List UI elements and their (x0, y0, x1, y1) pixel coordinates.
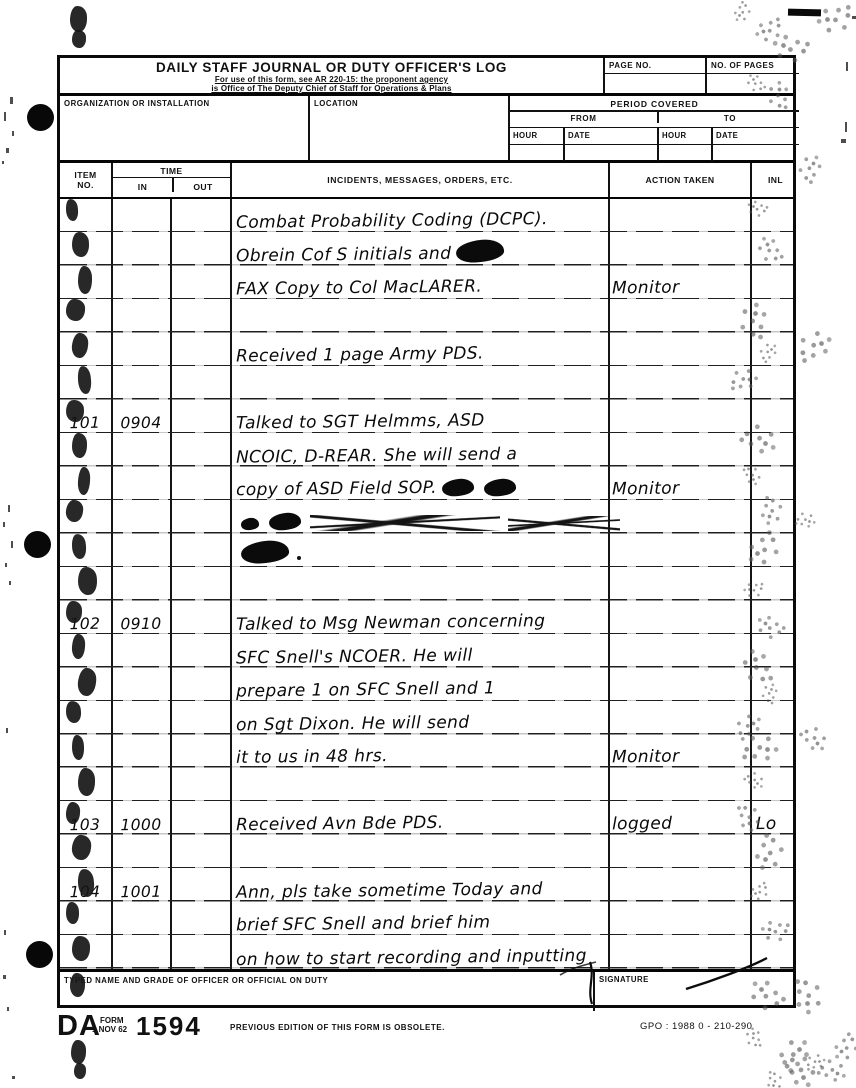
incident-text: Ann, pls take sometime Today and (236, 881, 543, 901)
form-frame: DAILY STAFF JOURNAL OR DUTY OFFICER'S LO… (57, 55, 796, 1008)
to-hour-label: HOUR (657, 128, 711, 144)
journal-body: Combat Probability Coding (DCPC). Obrein… (60, 199, 793, 969)
scanned-da-form-1594: DAILY STAFF JOURNAL OR DUTY OFFICER'S LO… (0, 0, 856, 1088)
journal-row: FAX Copy to Col MacLARER. Monitor (60, 266, 793, 299)
scan-noise (845, 122, 847, 132)
scan-noise (852, 16, 856, 19)
journal-row: 102 0910 Talked to Msg Newman concerning (60, 601, 793, 634)
scan-noise (841, 139, 846, 143)
form-date: 1 NOV 62 (92, 1025, 127, 1034)
from-to-row: FROM TO (510, 112, 799, 128)
incident-text: prepare 1 on SFC Snell and 1 (236, 680, 495, 700)
location-cell: LOCATION (308, 96, 508, 160)
scan-noise (2, 161, 4, 164)
scribble-mark (297, 556, 301, 560)
scan-noise (815, 741, 820, 746)
scan-noise (818, 1060, 822, 1064)
period-empty-cells (510, 145, 799, 161)
scan-noise (818, 340, 825, 347)
scan-noise (6, 728, 8, 733)
incident-text: Talked to Msg Newman concerning (236, 613, 545, 633)
incident-text (236, 513, 624, 533)
scribble-mark (241, 517, 260, 531)
previous-edition-note: PREVIOUS EDITION OF THIS FORM IS OBSOLET… (230, 1023, 445, 1032)
scan-noise (12, 1076, 15, 1079)
journal-row: SFC Snell's NCOER. He will (60, 634, 793, 667)
incident-text: on how to start recording and inputting (236, 948, 587, 968)
action-taken-value: Monitor (612, 747, 680, 768)
initials-value: Lo (756, 814, 777, 834)
incident-text: brief SFC Snell and brief him (236, 914, 490, 934)
scan-noise (65, 399, 84, 422)
time-in-value: 0910 (114, 615, 168, 634)
page-no-label: PAGE NO. (605, 58, 705, 74)
form-number: 1594 (136, 1011, 202, 1042)
from-date-label: DATE (563, 128, 657, 144)
scribble-mark (310, 515, 500, 531)
org-location-band: ORGANIZATION OR INSTALLATION LOCATION PE… (60, 96, 793, 163)
time-in-value: 1000 (114, 816, 168, 835)
certification-band: TYPED NAME AND GRADE OF OFFICER OR OFFIC… (60, 969, 793, 1011)
scan-noise (6, 148, 9, 153)
scan-noise (3, 975, 6, 979)
incident-text: NCOIC, D-REAR. She will send a (236, 446, 517, 466)
item-no-value (62, 968, 108, 969)
scribble-mark (268, 511, 301, 531)
scan-noise (72, 433, 87, 458)
incident-text: FAX Copy to Col MacLARER. (236, 278, 482, 298)
incident-text: Received Avn Bde PDS. (236, 814, 444, 834)
scan-noise (772, 1084, 775, 1087)
scan-noise (78, 266, 92, 294)
from-hour-label: HOUR (510, 128, 563, 144)
journal-row (60, 768, 793, 801)
scan-noise (797, 1047, 803, 1053)
incident-text: SFC Snell's NCOER. He will (236, 647, 473, 667)
scribble-mark (456, 238, 506, 264)
incidents-header: INCIDENTS, MESSAGES, ORDERS, ETC. (230, 163, 608, 197)
scan-noise (74, 1063, 86, 1079)
scan-noise (72, 936, 90, 961)
action-taken-value: Monitor (612, 278, 680, 299)
scan-noise (839, 1049, 844, 1054)
journal-row: Received 1 page Army PDS. (60, 333, 793, 366)
journal-row: 104 1001 Ann, pls take sometime Today an… (60, 868, 793, 901)
time-in-value: 1001 (114, 883, 168, 902)
time-in-value (114, 967, 168, 968)
period-covered-label: PERIOD COVERED (510, 96, 799, 112)
title-cell: DAILY STAFF JOURNAL OR DUTY OFFICER'S LO… (60, 58, 603, 93)
form-subtitle-2: is Office of The Deputy Chief of Staff f… (60, 84, 603, 93)
scan-noise (752, 205, 755, 208)
to-date-label: DATE (711, 128, 801, 144)
scan-noise (8, 505, 10, 512)
from-label: FROM (510, 112, 657, 123)
scan-noise (10, 97, 13, 104)
punch-hole (27, 104, 54, 131)
journal-row: on Sgt Dixon. He will send (60, 701, 793, 734)
incident-text: Talked to SGT Helmms, ASD (236, 412, 485, 432)
time-in-value: 0904 (114, 414, 168, 433)
punch-hole (26, 941, 53, 968)
scan-noise (70, 6, 87, 32)
scan-noise (70, 973, 85, 997)
to-label: TO (657, 112, 801, 123)
scan-noise (800, 1074, 807, 1081)
scan-noise (3, 522, 5, 527)
scan-noise (738, 14, 741, 17)
incident-text (236, 541, 304, 566)
scan-noise (804, 1000, 810, 1006)
period-covered-section: PERIOD COVERED FROM TO HOUR DATE HOUR DA… (508, 96, 799, 160)
incident-text: it to us in 48 hrs. (236, 747, 388, 767)
incident-text: copy of ASD Field SOP. (236, 479, 521, 499)
journal-rows: Combat Probability Coding (DCPC). Obrein… (60, 199, 793, 969)
journal-row: Obrein Cof S initials and (60, 232, 793, 265)
scribble-mark (483, 478, 516, 498)
typed-name-label: TYPED NAME AND GRADE OF OFFICER OR OFFIC… (60, 972, 793, 985)
scan-noise (7, 1007, 9, 1011)
scan-noise (781, 43, 786, 48)
signature-label: SIGNATURE (599, 975, 649, 984)
organization-cell: ORGANIZATION OR INSTALLATION (60, 96, 308, 160)
incident-text: Combat Probability Coding (DCPC). (236, 211, 548, 231)
scan-noise (66, 601, 82, 623)
scan-noise (9, 581, 11, 585)
incident-text: on Sgt Dixon. He will send (236, 714, 470, 734)
journal-row: brief SFC Snell and brief him (60, 902, 793, 935)
scan-noise (788, 9, 821, 17)
scan-noise (11, 541, 13, 548)
journal-row (60, 835, 793, 868)
journal-row (60, 299, 793, 332)
journal-row: prepare 1 on SFC Snell and 1 (60, 668, 793, 701)
scan-noise (4, 930, 6, 935)
scan-noise (72, 30, 86, 48)
scan-noise (836, 1072, 840, 1076)
no-of-pages-label: NO. OF PAGES (707, 58, 799, 74)
no-of-pages-cell: NO. OF PAGES (705, 58, 799, 93)
scribble-mark (240, 539, 290, 565)
action-taken-value: Monitor (612, 479, 680, 500)
scan-noise (761, 29, 766, 34)
scan-noise (824, 16, 831, 23)
scan-noise (808, 520, 811, 523)
initials-header: INL (750, 163, 799, 197)
scan-noise (4, 112, 6, 121)
column-header-row: ITEM NO. TIME IN OUT INCIDENTS, MESSAGES… (60, 163, 793, 199)
scan-noise (811, 161, 815, 165)
scan-noise (846, 62, 848, 71)
journal-row: on how to start recording and inputting (60, 935, 793, 968)
journal-row: it to us in 48 hrs. Monitor (60, 735, 793, 768)
journal-row: NCOIC, D-REAR. She will send a (60, 433, 793, 466)
gpo-note: GPO : 1988 0 - 210-290 (640, 1021, 752, 1032)
journal-row: 103 1000 Received Avn Bde PDS. logged Lo (60, 801, 793, 834)
action-taken-header: ACTION TAKEN (608, 163, 750, 197)
journal-row (60, 567, 793, 600)
location-label: LOCATION (310, 96, 508, 108)
journal-row (60, 500, 793, 533)
scan-noise (78, 768, 95, 796)
incident-text: Received 1 page Army PDS. (236, 345, 484, 365)
journal-row: 101 0904 Talked to SGT Helmms, ASD (60, 400, 793, 433)
scan-noise (71, 1040, 86, 1064)
scan-noise (12, 131, 14, 136)
journal-row (60, 366, 793, 399)
hour-date-row: HOUR DATE HOUR DATE (510, 128, 799, 145)
form-title: DAILY STAFF JOURNAL OR DUTY OFFICER'S LO… (60, 60, 603, 75)
journal-row: copy of ASD Field SOP. Monitor (60, 467, 793, 500)
time-out-label: OUT (172, 178, 232, 192)
scan-noise (763, 857, 768, 862)
scan-noise (65, 902, 79, 925)
time-label: TIME (113, 163, 230, 178)
time-in-label: IN (113, 178, 172, 192)
time-header: TIME IN OUT (111, 163, 230, 197)
journal-row: Combat Probability Coding (DCPC). (60, 199, 793, 232)
punch-hole (24, 531, 51, 558)
form-label: FORM (100, 1016, 124, 1025)
incident-text: Obrein Cof S initials and (236, 240, 509, 265)
action-taken-value: logged (612, 814, 673, 835)
organization-label: ORGANIZATION OR INSTALLATION (60, 96, 308, 108)
form-header: DAILY STAFF JOURNAL OR DUTY OFFICER'S LO… (60, 58, 793, 96)
item-no-header: ITEM NO. (60, 163, 111, 197)
scribble-mark (508, 516, 620, 531)
page-no-cell: PAGE NO. (603, 58, 705, 93)
journal-row (60, 534, 793, 567)
form-subtitle-1: For use of this form, see AR 220-15: the… (60, 75, 603, 84)
signature-divider (593, 972, 595, 1011)
scribble-mark (441, 478, 474, 498)
scan-noise (5, 563, 7, 567)
scan-noise (752, 1032, 756, 1036)
